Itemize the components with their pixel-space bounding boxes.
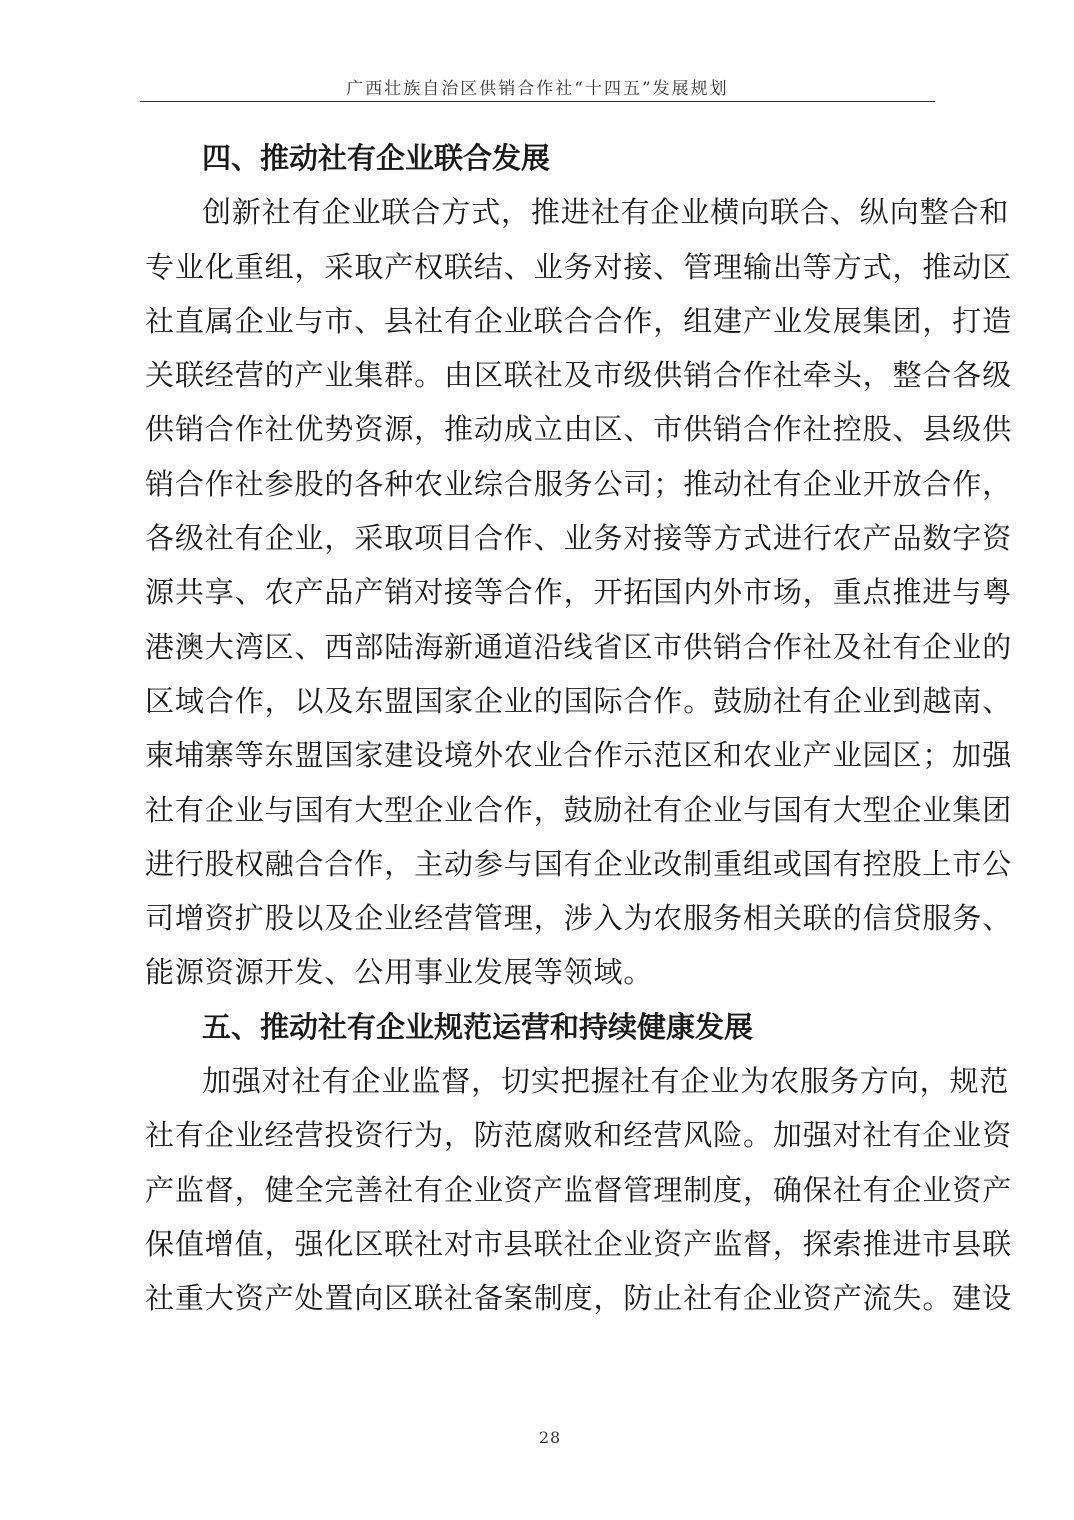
paragraph-line: 产监督，健全完善社有企业资产监督管理制度，确保社有企业资产 <box>145 1163 935 1217</box>
paragraph-line: 关联经营的产业集群。由区联社及市级供销合作社牵头，整合各级 <box>145 348 935 402</box>
paragraph-line: 源共享、农产品产销对接等合作，开拓国内外市场，重点推进与粤 <box>145 565 935 619</box>
paragraph-line: 供销合作社优势资源，推动成立由区、市供销合作社控股、县级供 <box>145 402 935 456</box>
running-header: 广西壮族自治区供销合作社“十四五”发展规划 <box>140 76 935 102</box>
paragraph-line: 柬埔寨等东盟国家建设境外农业合作示范区和农业产业园区；加强 <box>145 728 935 782</box>
paragraph-line: 专业化重组，采取产权联结、业务对接、管理输出等方式，推动区 <box>145 240 935 294</box>
paragraph-line: 区域合作，以及东盟国家企业的国际合作。鼓励社有企业到越南、 <box>145 674 935 728</box>
paragraph-line: 创新社有企业联合方式，推进社有企业横向联合、纵向整合和 <box>145 185 935 239</box>
paragraph-line: 社有企业与国有大型企业合作，鼓励社有企业与国有大型企业集团 <box>145 783 935 837</box>
document-body: 四、推动社有企业联合发展 创新社有企业联合方式，推进社有企业横向联合、纵向整合和… <box>145 131 935 1326</box>
header-divider <box>140 101 935 102</box>
paragraph-line: 加强对社有企业监督，切实把握社有企业为农服务方向，规范 <box>145 1054 935 1108</box>
paragraph-line: 港澳大湾区、西部陆海新通道沿线省区市供销合作社及社有企业的 <box>145 620 935 674</box>
paragraph-line: 销合作社参股的各种农业综合服务公司；推动社有企业开放合作， <box>145 457 935 511</box>
section-heading: 四、推动社有企业联合发展 <box>145 131 935 185</box>
paragraph-line: 能源资源开发、公用事业发展等领域。 <box>145 945 935 999</box>
paragraph-line: 司增资扩股以及企业经营管理，涉入为农服务相关联的信贷服务、 <box>145 891 935 945</box>
paragraph-line: 进行股权融合合作，主动参与国有企业改制重组或国有控股上市公 <box>145 837 935 891</box>
paragraph-line: 保值增值，强化区联社对市县联社企业资产监督，探索推进市县联 <box>145 1217 935 1271</box>
paragraph-line: 社重大资产处置向区联社备案制度，防止社有企业资产流失。建设 <box>145 1271 935 1325</box>
paragraph-line: 社直属企业与市、县社有企业联合合作，组建产业发展集团，打造 <box>145 294 935 348</box>
section-heading: 五、推动社有企业规范运营和持续健康发展 <box>145 1000 935 1054</box>
paragraph-line: 各级社有企业，采取项目合作、业务对接等方式进行农产品数字资 <box>145 511 935 565</box>
page-number: 28 <box>500 1428 600 1447</box>
paragraph-line: 社有企业经营投资行为，防范腐败和经营风险。加强对社有企业资 <box>145 1108 935 1162</box>
